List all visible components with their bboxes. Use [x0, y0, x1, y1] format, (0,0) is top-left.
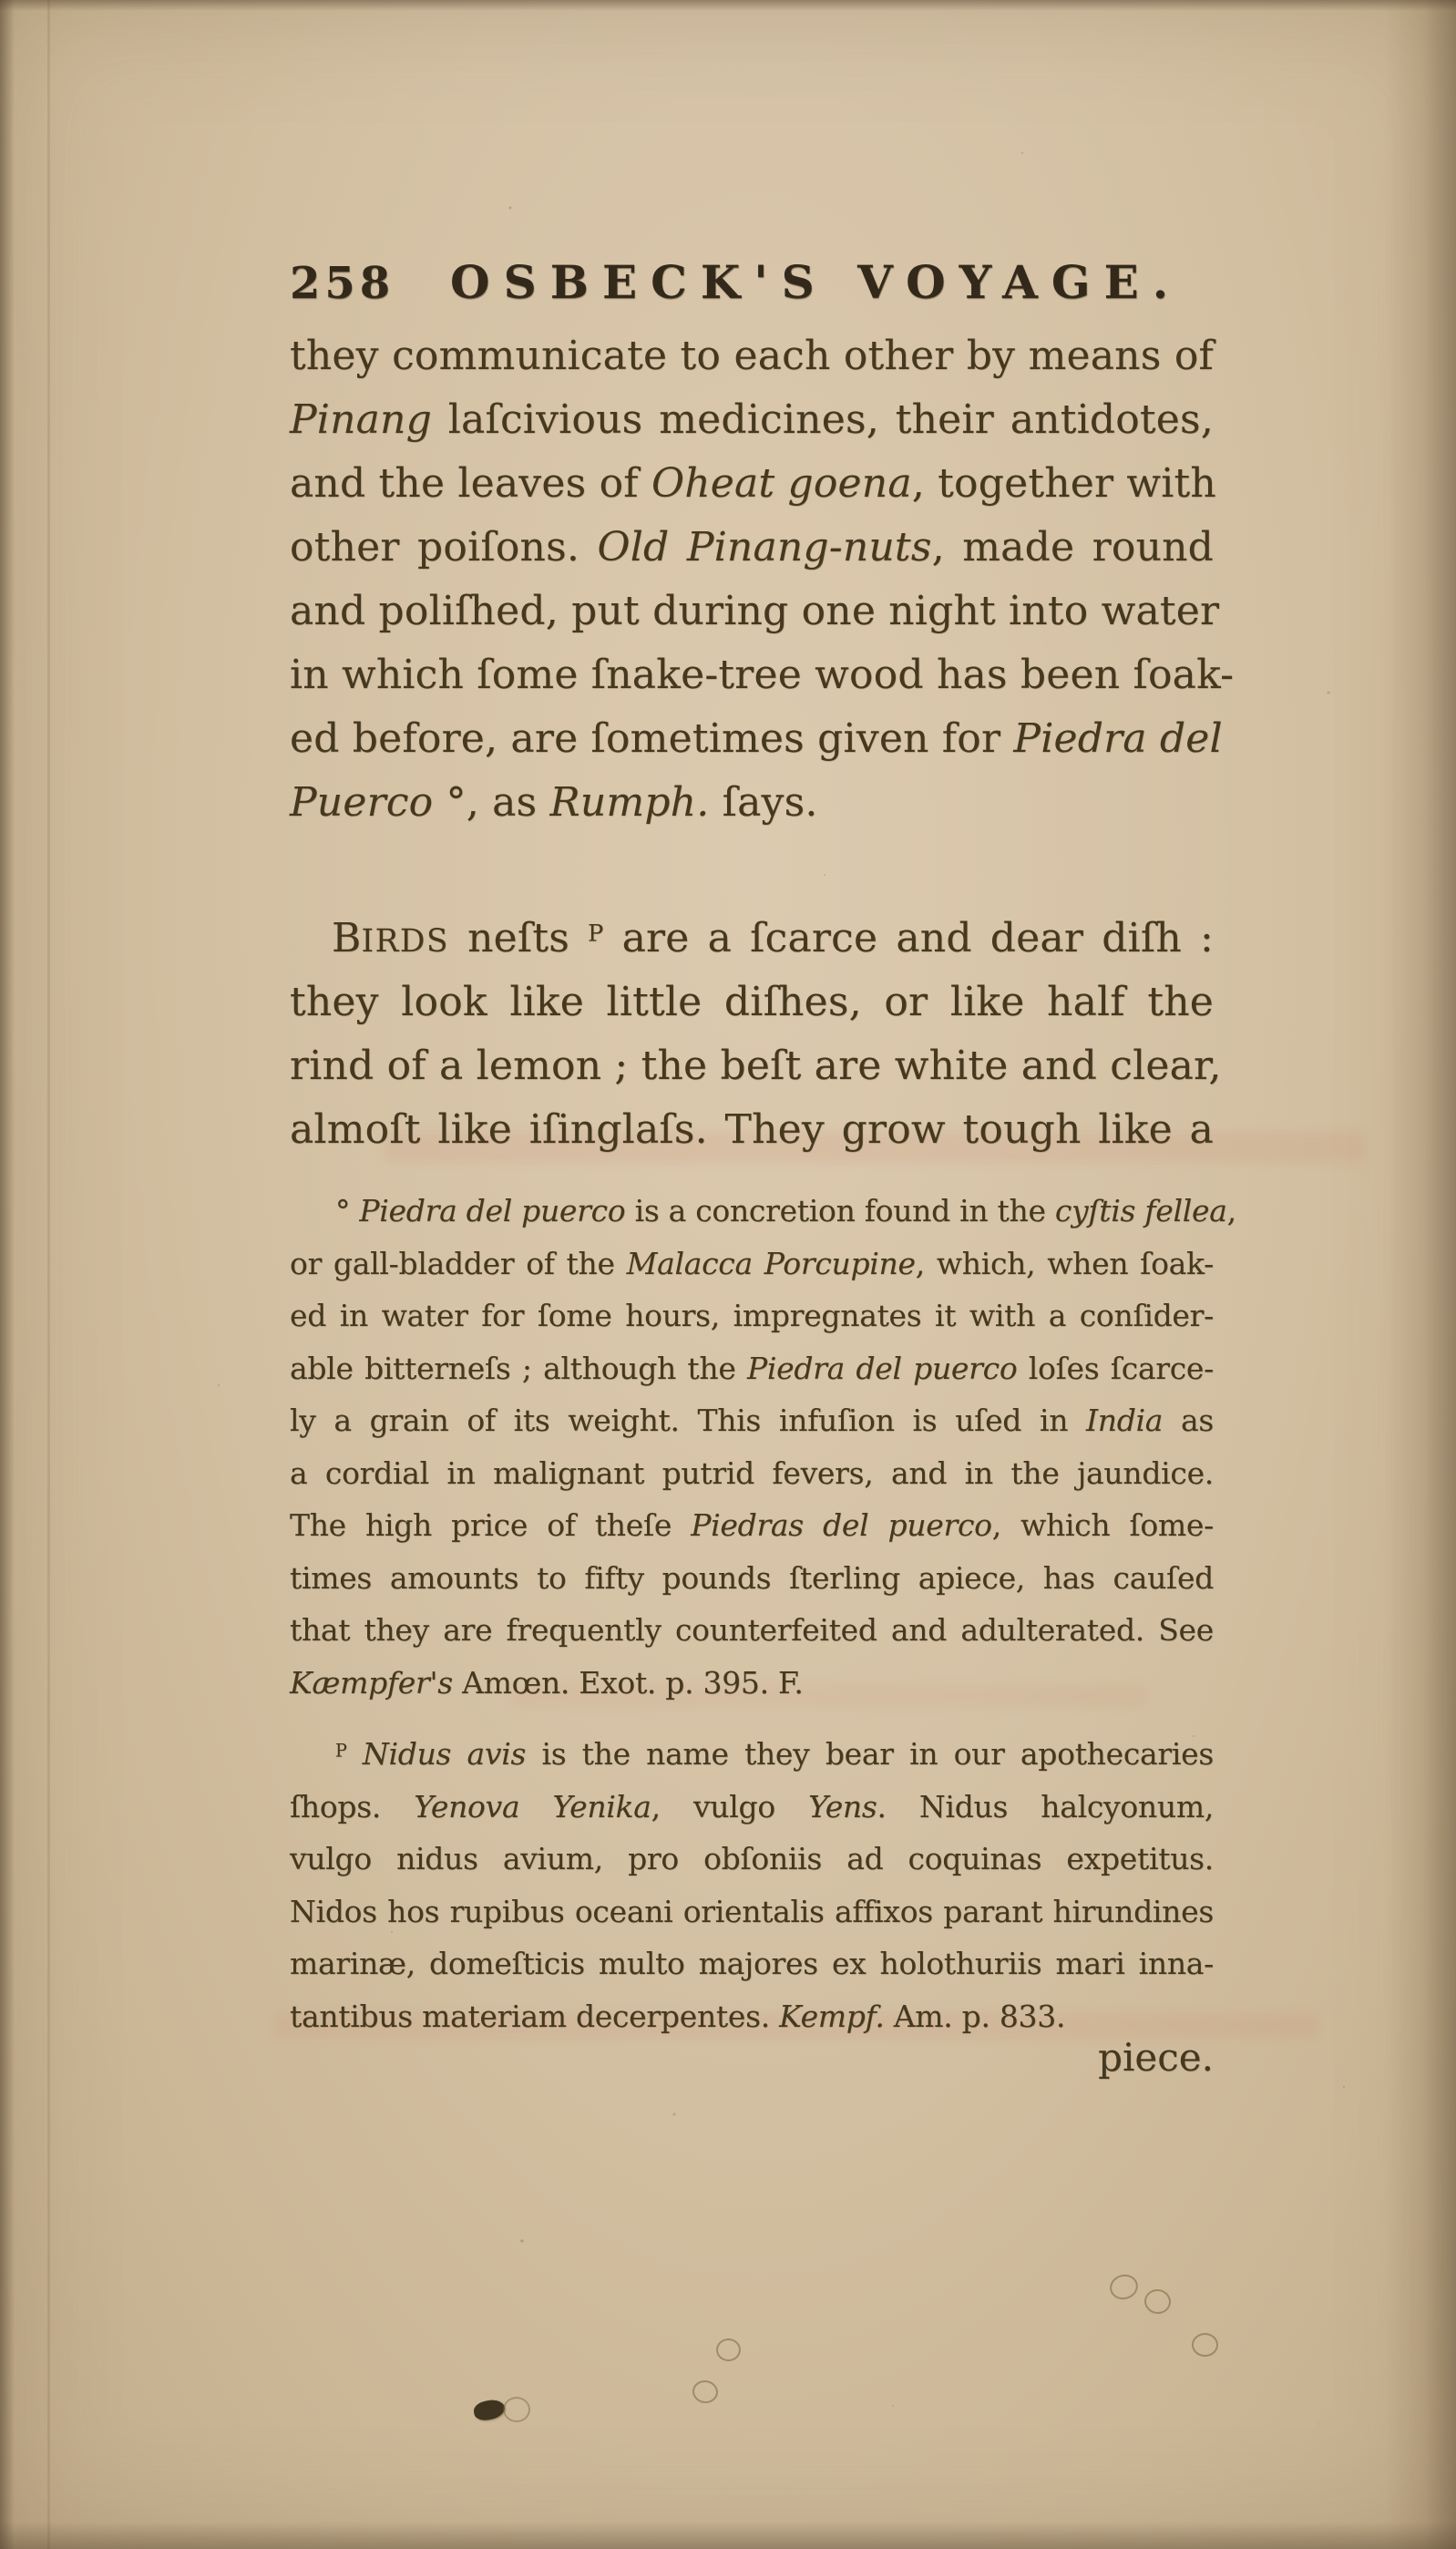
- text-line: vulgo nidus avium, pro obſoniis ad coqui…: [290, 1833, 1214, 1886]
- text-line: and poliſhed, put during one night into …: [290, 580, 1214, 643]
- ink-ring-stain: [1107, 2271, 1141, 2302]
- text-line: BIRDS neſts P are a ſcarce and dear diſh…: [290, 907, 1214, 971]
- text-line: Pinang laſcivious medicines, their antid…: [290, 388, 1214, 452]
- text-line: ly a grain of its weight. This infuſion …: [290, 1394, 1214, 1447]
- text-line: rind of a lemon ; the beſt are white and…: [290, 1034, 1214, 1098]
- text-line: a cordial in malignant putrid fevers, an…: [290, 1447, 1214, 1500]
- page-number: 258: [290, 258, 395, 309]
- text-line: Kæmpfer's Amœn. Exot. p. 395. F.: [290, 1657, 1214, 1710]
- ink-ring-stain: [503, 2397, 530, 2422]
- text-line: The high price of theſe Piedras del puer…: [290, 1499, 1214, 1552]
- text-line: they look like little diſhes, or like ha…: [290, 971, 1214, 1034]
- text-line: in which ſome ſnake-tree wood has been ſ…: [290, 643, 1214, 707]
- text-line: ed in water for ſome hours, impregnates …: [290, 1290, 1214, 1342]
- text-line: P Nidus avis is the name they bear in ou…: [290, 1728, 1214, 1781]
- page-crease: [47, 0, 50, 2549]
- text-line: Puerco °, as Rumph. ſays.: [290, 771, 1214, 835]
- scan-edge-top: [0, 0, 1456, 11]
- book-page-scan: 258 OSBECK'S VOYAGE. they communicate to…: [0, 0, 1456, 2549]
- running-title: OSBECK'S VOYAGE.: [395, 255, 1214, 309]
- text-line: Nidos hos rupibus oceani orientalis affi…: [290, 1886, 1214, 1938]
- scan-edge-left: [0, 0, 15, 2549]
- text-line: times amounts to fifty pounds ſterling a…: [290, 1552, 1214, 1605]
- text-line: able bitterneſs ; although the Piedra de…: [290, 1342, 1214, 1395]
- paragraph-birds-nests: BIRDS neſts P are a ſcarce and dear diſh…: [290, 907, 1214, 1162]
- text-line: ° Piedra del puerco is a concretion foun…: [290, 1185, 1214, 1238]
- ink-ring-stain: [691, 2379, 719, 2405]
- ink-blot: [472, 2398, 506, 2422]
- text-line: or gall-bladder of the Malacca Porcupine…: [290, 1238, 1214, 1290]
- footnote-nidus-avis: P Nidus avis is the name they bear in ou…: [290, 1728, 1214, 2042]
- text-line: and the leaves of Oheat goena, together …: [290, 452, 1214, 516]
- text-line: ſhops. Yenova Yenika, vulgo Yens. Nidus …: [290, 1781, 1214, 1834]
- text-line: they communicate to each other by means …: [290, 324, 1214, 388]
- ink-ring-stain: [716, 2338, 741, 2361]
- scan-edge-right: [1385, 0, 1456, 2549]
- page-header: 258 OSBECK'S VOYAGE.: [290, 255, 1214, 312]
- text-line: other poiſons. Old Pinang-nuts, made rou…: [290, 516, 1214, 580]
- catchword: piece.: [290, 2035, 1214, 2080]
- text-line: marinæ, domeſticis multo majores ex holo…: [290, 1937, 1214, 1990]
- text-line: that they are frequently counterfeited a…: [290, 1604, 1214, 1657]
- ink-ring-stain: [1143, 2287, 1173, 2317]
- scan-edge-bottom: [0, 2522, 1456, 2549]
- text-line: ed before, are ſometimes given for Piedr…: [290, 707, 1214, 771]
- footnote-piedra-del-puerco: ° Piedra del puerco is a concretion foun…: [290, 1185, 1214, 1709]
- paragraph-pinang: they communicate to each other by means …: [290, 324, 1214, 835]
- ink-ring-stain: [1192, 2333, 1218, 2357]
- text-line: almoſt like iſinglaſs. They grow tough l…: [290, 1098, 1214, 1162]
